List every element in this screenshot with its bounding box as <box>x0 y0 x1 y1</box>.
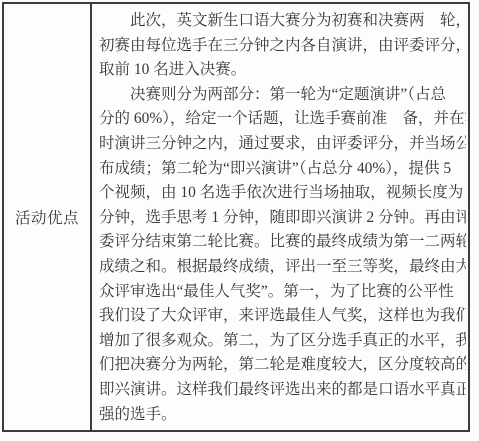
text-line: 布成绩；第二轮为“即兴演讲”（占总分 40%），提供 5 <box>99 157 466 182</box>
text-line: 个视频，由 10 名选手依次进行当场抽取，视频长度为 2 <box>99 181 466 206</box>
text-line: 成绩之和。根据最终成绩，评出一至三等奖，最终由大 <box>99 255 466 280</box>
text-line: 即兴演讲。这样我们最终评选出来的都是口语水平真正 <box>99 378 466 403</box>
text-line: 分的 60%），给定一个话题，让选手赛前准 备，并在赛 <box>99 107 466 132</box>
content-lines: 此次，英文新生口语大赛分为初赛和决赛两 轮，初赛由每位选手在三分钟之内各自演讲，… <box>99 9 466 427</box>
text-line: 委评分结束第二轮比赛。比赛的最终成绩为第一二两轮 <box>99 230 466 255</box>
text-line: 众评审选出“最佳人气奖”。第一，为了比赛的公平性 <box>99 280 466 305</box>
row-header-cell: 活动优点 <box>4 4 92 430</box>
text-line: 我们设了大众评审，来评选最佳人气奖，这样也为我们 <box>99 304 466 329</box>
text-line: 时演讲三分钟之内，通过要求，由评委评分，并当场公 <box>99 132 466 157</box>
activity-table: 活动优点 此次，英文新生口语大赛分为初赛和决赛两 轮，初赛由每位选手在三分钟之内… <box>2 2 470 432</box>
text-line: 分钟，选手思考 1 分钟，随即即兴演讲 2 分钟。再由评 <box>99 206 466 231</box>
text-line: 增加了很多观众。第二，为了区分选手真正的水平，我 <box>99 329 466 354</box>
text-line: 决赛则分为两部分：第一轮为“定题演讲”（占总 <box>99 83 466 108</box>
text-line: 此次，英文新生口语大赛分为初赛和决赛两 轮， <box>99 9 466 34</box>
text-line: 强的选手。 <box>99 403 466 428</box>
row-header-label: 活动优点 <box>15 206 79 228</box>
row-content-cell: 此次，英文新生口语大赛分为初赛和决赛两 轮，初赛由每位选手在三分钟之内各自演讲，… <box>92 4 468 430</box>
text-line: 取前 10 名进入决赛。 <box>99 58 466 83</box>
text-line: 们把决赛分为两轮，第二轮是难度较大，区分度较高的 <box>99 353 466 378</box>
text-line: 初赛由每位选手在三分钟之内各自演讲，由评委评分， <box>99 34 466 59</box>
